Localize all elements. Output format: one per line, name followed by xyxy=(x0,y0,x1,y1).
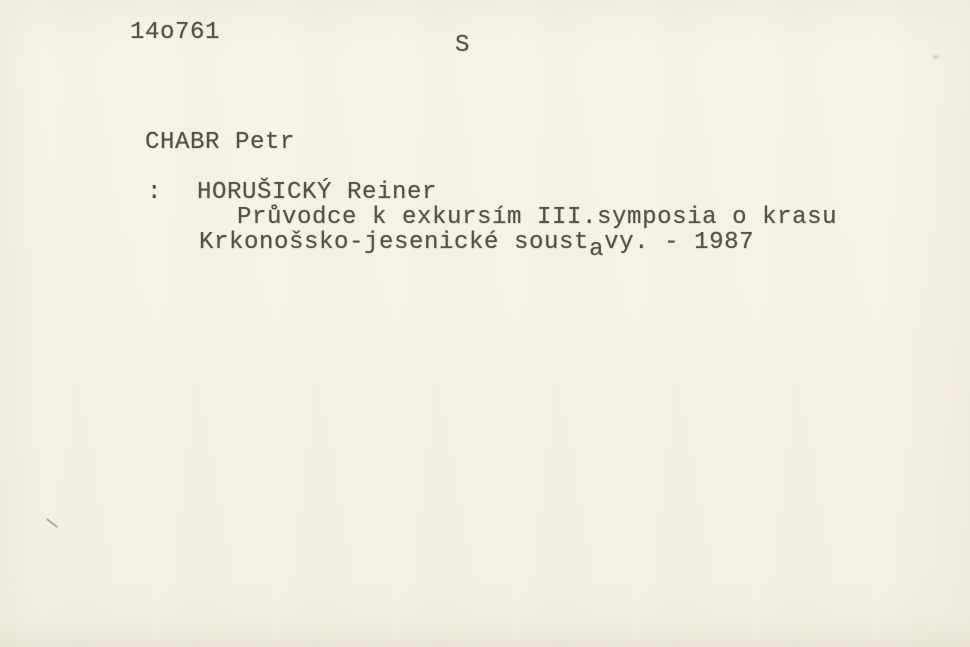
paper-speck xyxy=(933,55,939,59)
entry-author-name: HORUŠICKÝ Reiner xyxy=(197,180,437,206)
pencil-mark xyxy=(46,518,58,528)
title-line-1: Průvodce k exkursím III.symposia o krasu xyxy=(237,205,837,231)
title-line-2-subscript-a: a xyxy=(589,237,604,263)
section-letter: S xyxy=(455,33,470,59)
heading-author-name: CHABR Petr xyxy=(145,130,295,156)
title-line-2-post: vy. - 1987 xyxy=(604,229,754,256)
title-line-2-pre: Krkonošsko-jesenické soust xyxy=(199,229,589,256)
catalog-card: 14o761 S CHABR Petr : HORUŠICKÝ Reiner P… xyxy=(0,0,970,647)
call-number: 14o761 xyxy=(130,20,220,46)
title-line-2: Krkonošsko-jesenické soustavy. - 1987 xyxy=(199,230,754,256)
entry-separator-colon: : xyxy=(147,180,162,206)
